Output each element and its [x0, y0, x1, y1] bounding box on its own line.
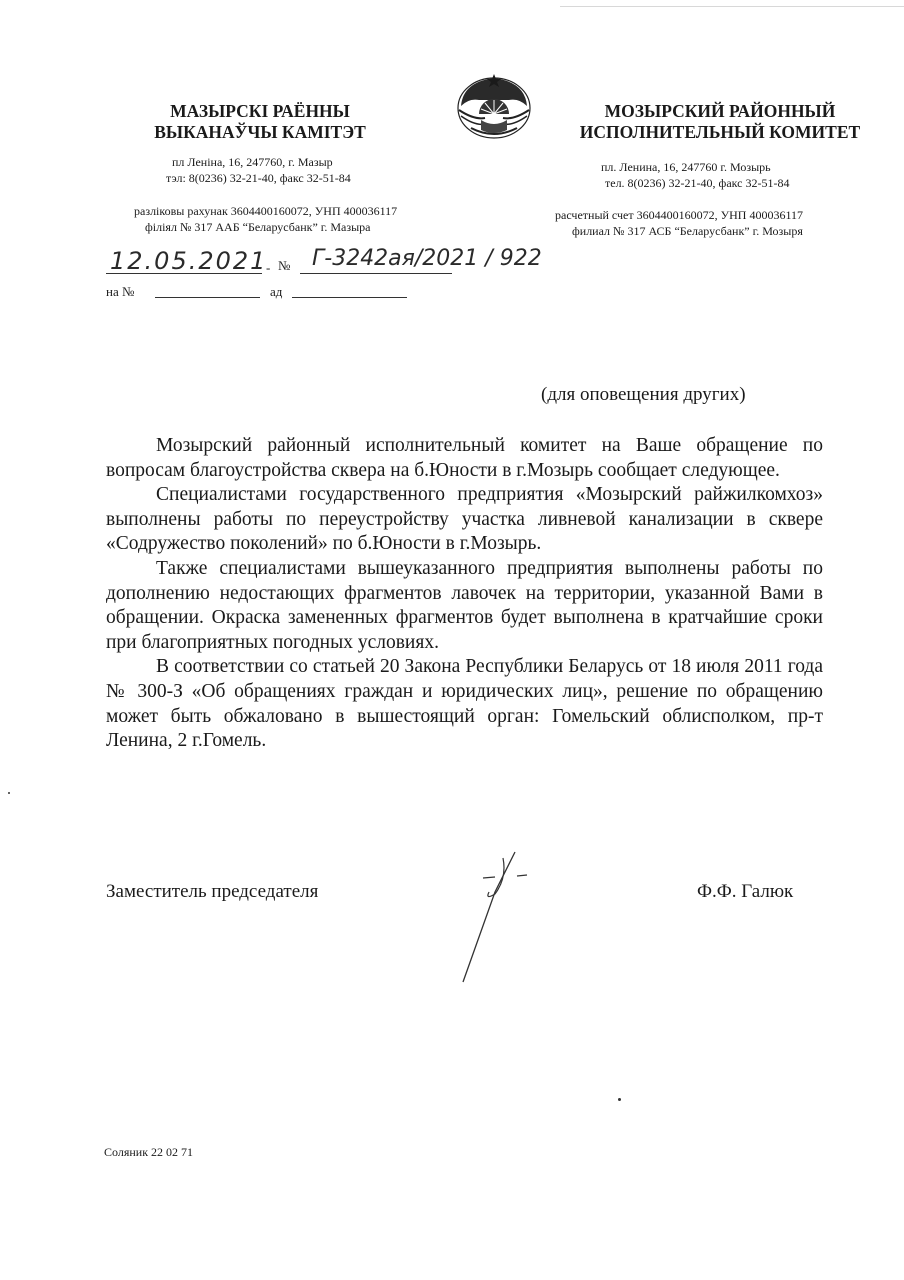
letterhead-left-title-line1: МАЗЫРСКІ РАЁННЫ	[110, 101, 410, 122]
distribution-notice: (для оповещения других)	[541, 384, 746, 406]
scan-speck	[618, 1098, 621, 1101]
letterhead-right-account: расчетный счет 3604400160072, УНП 400036…	[555, 208, 803, 222]
letterhead-right-bank: филиал № 317 АСБ “Беларусбанк” г. Мозыря	[572, 224, 803, 238]
body-paragraph-2: Специалистами государственного предприят…	[106, 483, 823, 557]
letterhead-right-title: МОЗЫРСКИЙ РАЙОННЫЙ ИСПОЛНИТЕЛЬНЫЙ КОМИТЕ…	[560, 101, 880, 143]
handwritten-signature-icon	[455, 850, 565, 985]
letterhead-left-account: разліковы рахунак 3604400160072, УНП 400…	[134, 204, 397, 218]
letterhead-right-title-line1: МОЗЫРСКИЙ РАЙОННЫЙ	[560, 101, 880, 122]
ref-date-field	[292, 297, 407, 298]
body-paragraph-1: Мозырский районный исполнительный комите…	[106, 434, 823, 483]
date-underline	[106, 273, 262, 274]
ref-number-field	[155, 297, 260, 298]
body-paragraph-3: Также специалистами вышеуказанного предп…	[106, 557, 823, 655]
letterhead-right-title-line2: ИСПОЛНИТЕЛЬНЫЙ КОМИТЕТ	[560, 122, 880, 143]
number-underline	[300, 273, 452, 274]
letter-body: Мозырский районный исполнительный комите…	[106, 434, 823, 754]
ref-from-label: ад	[270, 284, 282, 300]
letterhead-left-address: пл Леніна, 16, 247760, г. Мазыр	[172, 155, 333, 169]
letterhead-left-phone: тэл: 8(0236) 32-21-40, факс 32-51-84	[166, 171, 351, 185]
body-paragraph-4: В соответствии со статьей 20 Закона Респ…	[106, 655, 823, 753]
number-label: №	[278, 258, 290, 274]
ref-number-label: на №	[106, 284, 134, 300]
scan-speck	[8, 792, 10, 794]
scan-edge-line	[560, 6, 904, 7]
signatory-name: Ф.Ф. Галюк	[697, 881, 793, 903]
letterhead-right-address: пл. Ленина, 16, 247760 г. Мозырь	[601, 160, 771, 174]
letterhead-left-bank: філіял № 317 ААБ “Беларусбанк” г. Мазыра	[145, 220, 371, 234]
letterhead-left-title-line2: ВЫКАНАЎЧЫ КАМІТЭТ	[110, 122, 410, 143]
letterhead-right-phone: тел. 8(0236) 32-21-40, факс 32-51-84	[605, 176, 790, 190]
registration-date: 12.05.2021	[110, 247, 267, 275]
registration-number: Г-3242ая/2021 / 922	[312, 246, 542, 271]
state-emblem-icon	[449, 70, 539, 142]
letterhead-left-title: МАЗЫРСКІ РАЁННЫ ВЫКАНАЎЧЫ КАМІТЭТ	[110, 101, 410, 143]
signatory-position: Заместитель председателя	[106, 881, 318, 903]
dash-separator: -	[266, 260, 270, 276]
executor-contact: Соляник 22 02 71	[104, 1145, 193, 1160]
